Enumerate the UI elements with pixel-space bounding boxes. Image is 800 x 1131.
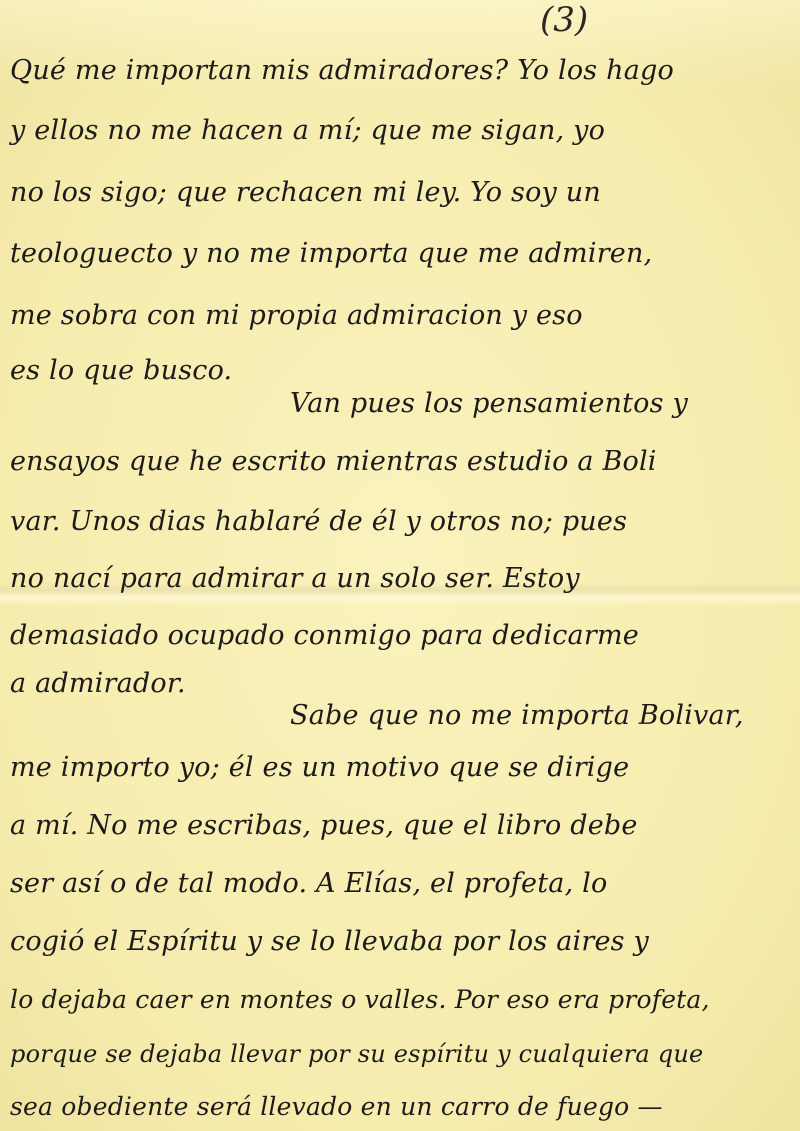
text-line: teologuecto y no me importa que me admir…: [10, 238, 652, 269]
text-line: var. Unos dias hablaré de él y otros no;…: [10, 506, 627, 537]
text-line: Van pues los pensamientos y: [290, 388, 688, 419]
text-line: y ellos no me hacen a mí; que me sigan, …: [10, 115, 605, 146]
letter-page: (3) Qué me importan mis admiradores? Yo …: [0, 0, 800, 1131]
text-line: ser así o de tal modo. A Elías, el profe…: [10, 868, 607, 899]
text-line: no nací para admirar a un solo ser. Esto…: [10, 563, 580, 594]
text-line: a mí. No me escribas, pues, que el libro…: [10, 810, 638, 841]
text-line: lo dejaba caer en montes o valles. Por e…: [10, 985, 710, 1014]
text-line: no los sigo; que rechacen mi ley. Yo soy…: [10, 177, 601, 208]
text-line: porque se dejaba llevar por su espíritu …: [10, 1040, 703, 1068]
page-number: (3): [540, 0, 588, 40]
text-line: a admirador.: [10, 668, 186, 699]
text-line: cogió el Espíritu y se lo llevaba por lo…: [10, 926, 649, 957]
text-line: demasiado ocupado conmigo para dedicarme: [10, 620, 639, 651]
text-line: me importo yo; él es un motivo que se di…: [10, 752, 629, 783]
text-line: Sabe que no me importa Bolivar,: [290, 700, 744, 731]
text-line: me sobra con mi propia admiracion y eso: [10, 300, 583, 331]
text-line: es lo que busco.: [10, 355, 232, 386]
text-line: sea obediente será llevado en un carro d…: [10, 1092, 663, 1121]
text-line: Qué me importan mis admiradores? Yo los …: [10, 55, 674, 86]
text-line: ensayos que he escrito mientras estudio …: [10, 446, 657, 477]
